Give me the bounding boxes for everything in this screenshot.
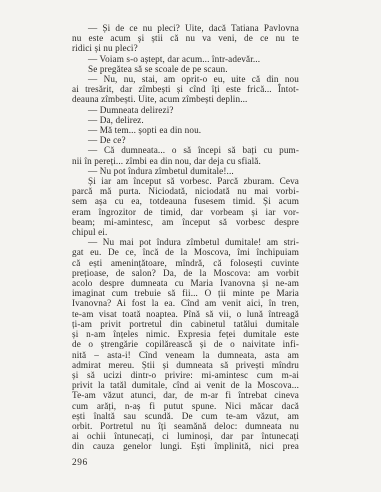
text-line: prețioase, de salon? Da, de la Moscova: … <box>72 268 299 278</box>
text-line: Și iar am început să vorbesc. Parcă zbur… <box>72 176 299 186</box>
text-line: beam; mi-amintesc, am început să vorbesc… <box>72 217 299 227</box>
text-line: te-am visat toată noaptea. Pînă să vii, … <box>72 309 299 319</box>
text-line: — Și de ce nu pleci? Uite, dacă Tatiana … <box>72 23 299 33</box>
text-line: ți-am privit portretul din cabinetul tat… <box>72 319 299 329</box>
text-line: imaginat cum trebuie să fii... O ții min… <box>72 288 299 298</box>
text-line: ești înaltă sau scundă. De cum te-am văz… <box>72 411 299 421</box>
text-line: Te-am văzut atunci, dar, de m-ar fi într… <box>72 390 299 400</box>
text-line: ridici și nu pleci? <box>72 43 299 53</box>
text-line: eram îngrozitor de timid, dar vorbeam și… <box>72 207 299 217</box>
text-line: parcă mă purta. Niciodată, niciodată nu … <box>72 186 299 196</box>
text-line: — Da, delirez. <box>72 115 299 125</box>
book-page: — Și de ce nu pleci? Uite, dacă Tatiana … <box>0 0 381 492</box>
text-line: — Că dumneata... o să începi să bați cu … <box>72 145 299 155</box>
text-line: sem așa cu ea, totdeauna fusesem timid. … <box>72 196 299 206</box>
text-line: și n-am înțeles nimic. Expresia feței du… <box>72 329 299 339</box>
text-line: — Nu, nu, stai, am oprit-o eu, uite că d… <box>72 74 299 84</box>
text-line: — De ce? <box>72 135 299 145</box>
text-line: gat eu. De ce, încă de la Moscova, îmi î… <box>72 247 299 257</box>
text-line: de o ștrengărie copilărească și de o nai… <box>72 339 299 349</box>
text-line: chipul ei. <box>72 227 299 237</box>
text-line: ai ochii întunecați, ci luminoși, dar pa… <box>72 431 299 441</box>
text-line: orbit. Portretul nu îți seamănă deloc: d… <box>72 421 299 431</box>
text-line: nii în pereți... zîmbi ea din nou, dar d… <box>72 156 299 166</box>
text-line: Se pregătea să se scoale de pe scaun. <box>72 64 299 74</box>
text-line: acolo despre dumneata cu Maria Ivanovna … <box>72 278 299 288</box>
text-block: — Și de ce nu pleci? Uite, dacă Tatiana … <box>72 23 299 452</box>
text-line: privit la tatăl dumitale, cînd ai venit … <box>72 380 299 390</box>
text-line: Ivanovna? Ai fost la ea. Cînd am venit a… <box>72 298 299 308</box>
text-line: că ești amenințătoare, mîndră, că folose… <box>72 258 299 268</box>
text-line: din cauza genelor lungi. Ești împlinită,… <box>72 441 299 451</box>
text-line: și să ucizi dintr-o privire: mi-amintesc… <box>72 370 299 380</box>
text-line: nu este acum și știi că nu va veni, de c… <box>72 33 299 43</box>
text-line: — Nu pot îndura zîmbetul dumitale!... <box>72 166 299 176</box>
text-line: — Mă tem... șopti ea din nou. <box>72 125 299 135</box>
text-line: deauna zîmbești. Uite, acum zîmbești dep… <box>72 94 299 104</box>
text-line: cum arăți, n-aș fi putut spune. Nici măc… <box>72 401 299 411</box>
page-number: 296 <box>72 458 88 468</box>
text-line: admirat mereu. Știi și dumneata să prive… <box>72 360 299 370</box>
text-line: ai tresărit, dar zîmbești și cînd îți es… <box>72 84 299 94</box>
text-line: nită – asta-i! Cînd veneam la dumneata, … <box>72 350 299 360</box>
text-line: — Dumneata delirezi? <box>72 105 299 115</box>
text-line: — Nu mai pot îndura zîmbetul dumitale! a… <box>72 237 299 247</box>
text-line: — Voiam s-o aștept, dar acum... într-ade… <box>72 54 299 64</box>
